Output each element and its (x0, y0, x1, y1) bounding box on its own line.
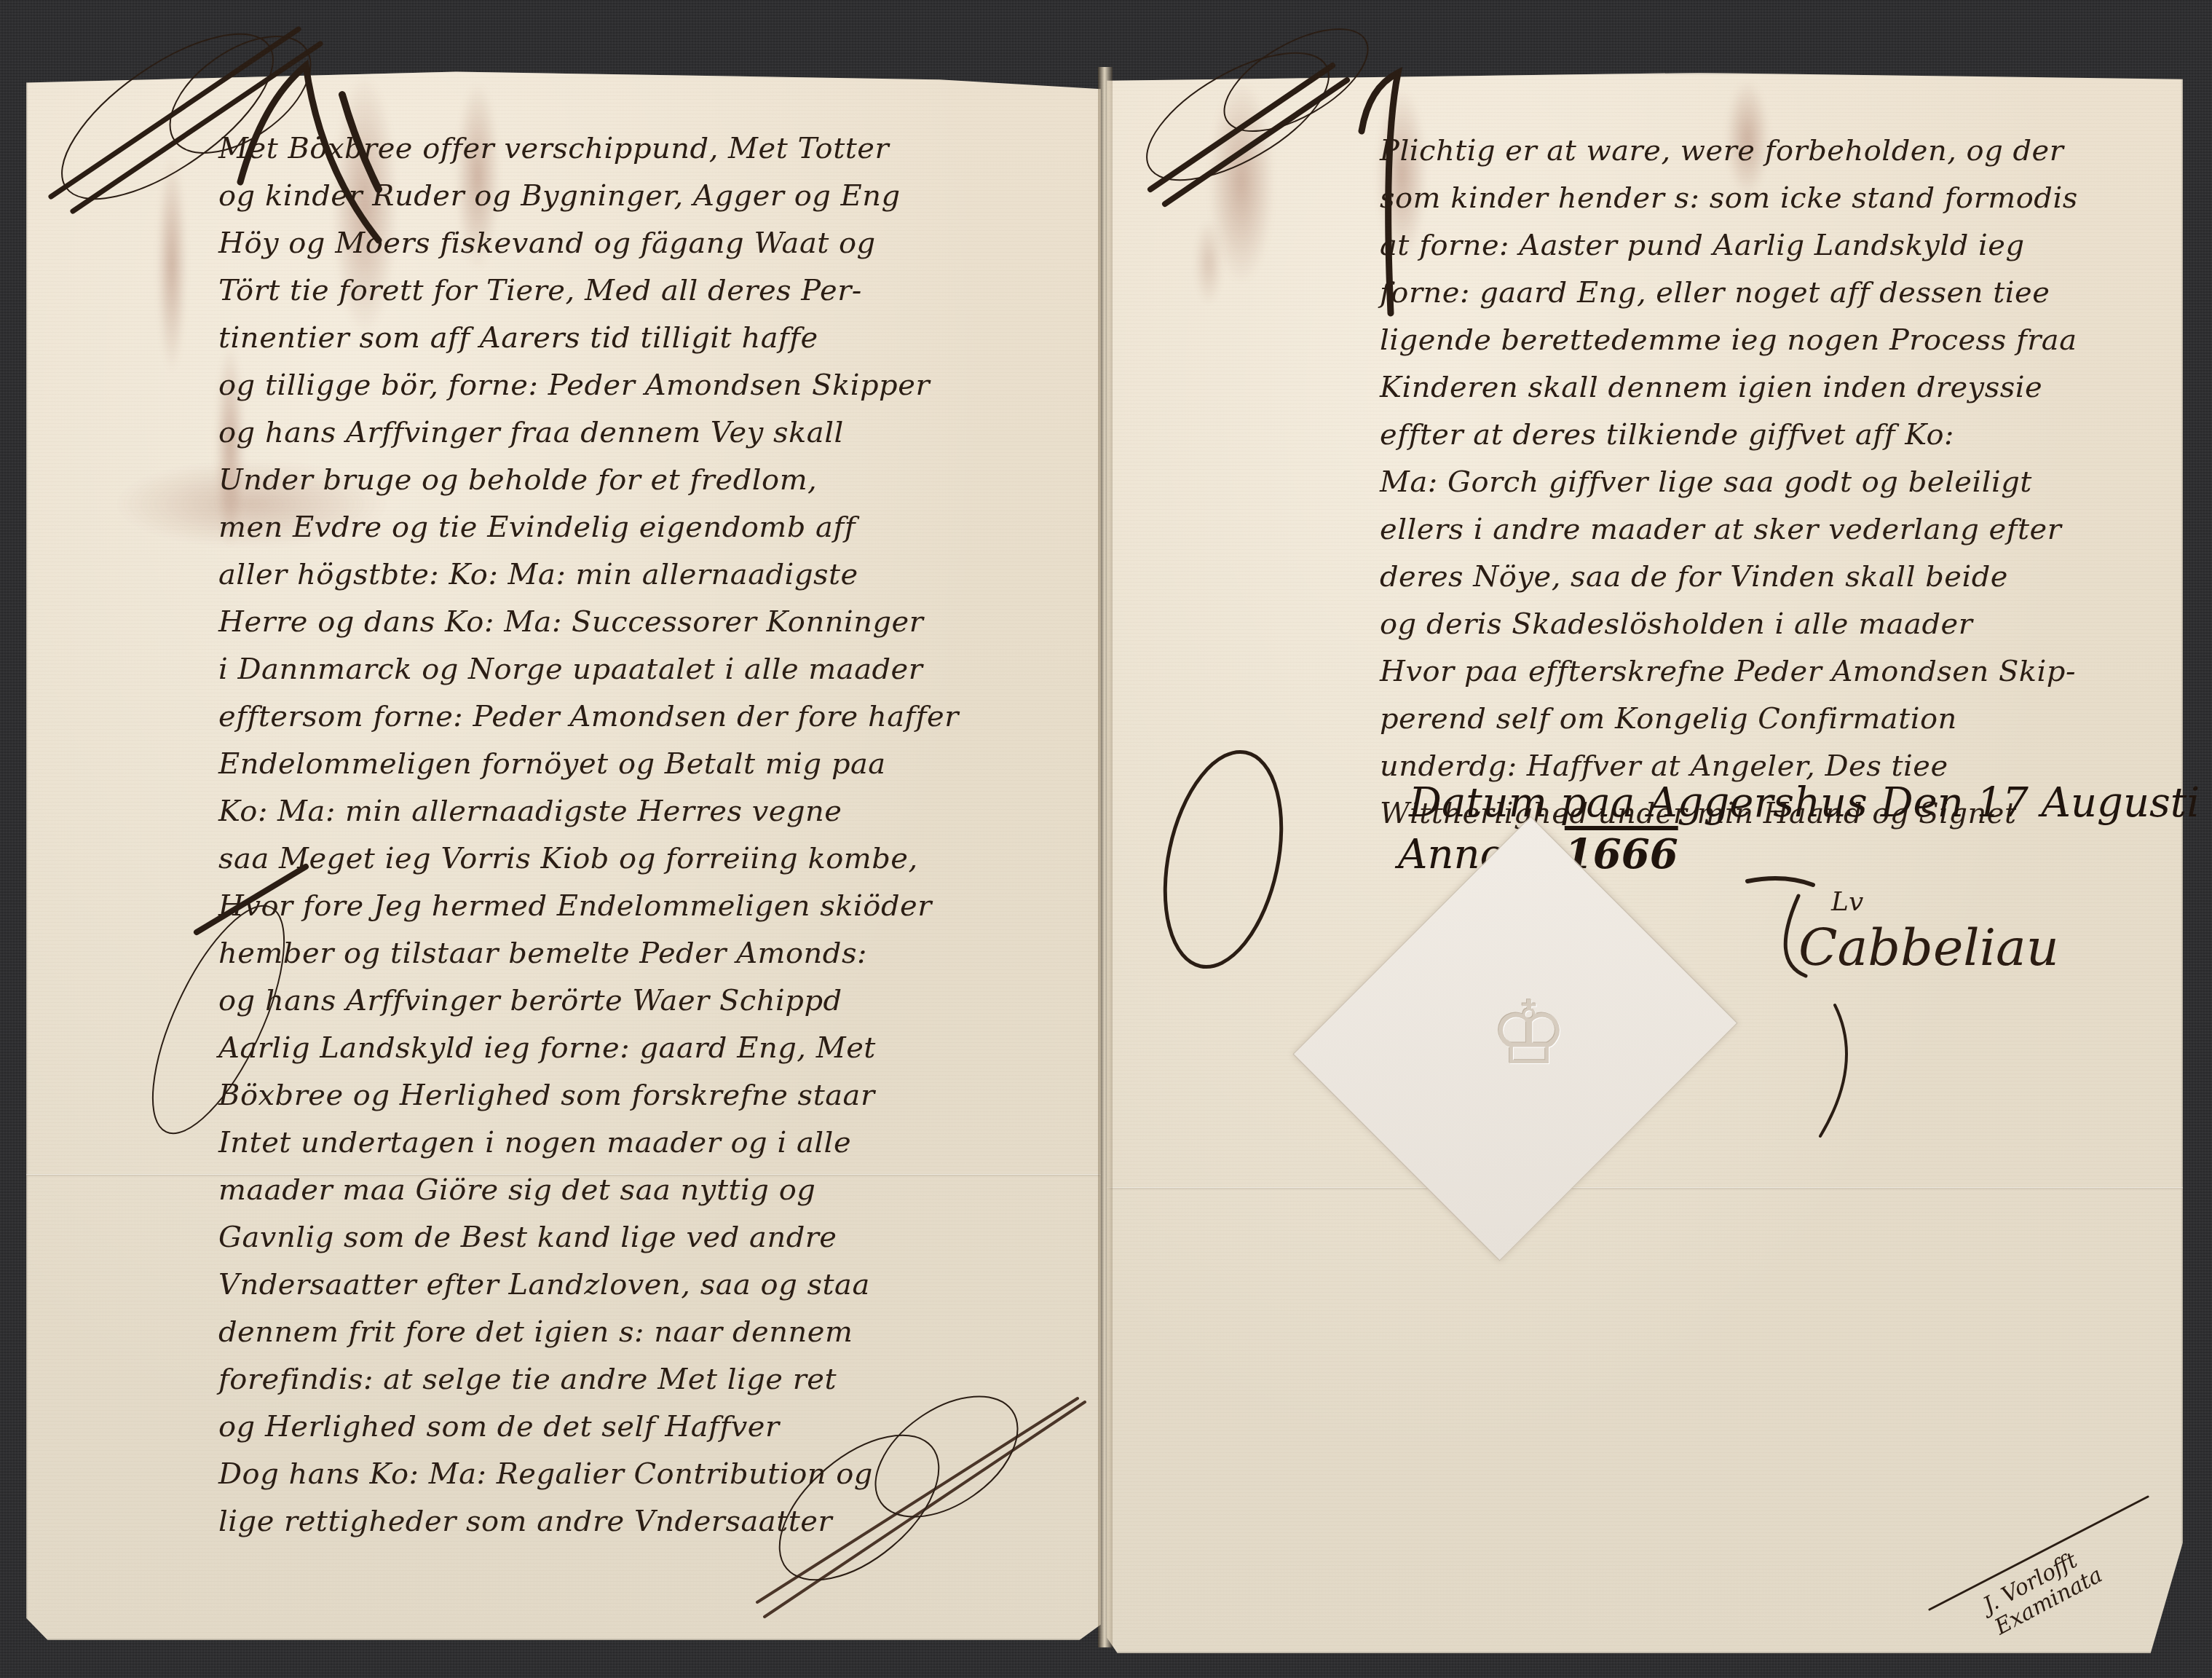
text-line: forne: gaard Eng, eller noget aff dessen… (1380, 269, 2078, 317)
text-line: og Herlighed som de det self Haffver (218, 1403, 959, 1451)
book-gutter (1098, 67, 1113, 1647)
text-line: forefindis: at selge tie andre Met lige … (218, 1356, 959, 1403)
text-line: Hvor paa effterskrefne Peder Amondsen Sk… (1380, 648, 2078, 696)
left-page-text: Met Böxbree offer verschippund, Met Tott… (218, 125, 959, 1545)
text-line: Tört tie forett for Tiere, Med all deres… (218, 267, 959, 315)
text-line: saa Meget ieg Vorris Kiob og forreiing k… (218, 835, 959, 883)
text-line: og hans Arffvinger fraa dennem Vey skall (218, 409, 959, 457)
text-line: lige rettigheder som andre Vndersaatter (218, 1498, 959, 1545)
text-line: og kinder Ruder og Bygninger, Agger og E… (218, 173, 959, 220)
text-line: dennem frit fore det igien s: naar denne… (218, 1309, 959, 1356)
text-line: at forne: Aaster pund Aarlig Landskyld i… (1380, 222, 2078, 269)
signature-initials: Lv (1831, 887, 1863, 917)
text-line: ligende berettedemme ieg nogen Process f… (1380, 317, 2078, 364)
text-line: Böxbree og Herlighed som forskrefne staa… (218, 1072, 959, 1119)
text-line: Vndersaatter efter Landzloven, saa og st… (218, 1261, 959, 1309)
text-line: Kinderen skall dennem igien inden dreyss… (1380, 364, 2078, 411)
text-line: Ma: Gorch giffver lige saa godt og belei… (1380, 459, 2078, 506)
text-line: Intet undertagen i nogen maader og i all… (218, 1119, 959, 1167)
text-line: og tilligge bör, forne: Peder Amondsen S… (218, 362, 959, 409)
text-line: Ko: Ma: min allernaadigste Herres vegne (218, 788, 959, 835)
text-line: Herre og dans Ko: Ma: Successorer Konnin… (218, 599, 959, 646)
text-line: og hans Arffvinger berörte Waer Schippd (218, 977, 959, 1025)
text-line: aller högstbte: Ko: Ma: min allernaadigs… (218, 551, 959, 599)
text-line: hember og tilstaar bemelte Peder Amonds: (218, 930, 959, 977)
text-line: deres Nöye, saa de for Vinden skall beid… (1380, 554, 2078, 601)
text-line: og deris Skadeslösholden i alle maader (1380, 601, 2078, 648)
text-line: i Dannmarck og Norge upaatalet i alle ma… (218, 646, 959, 693)
text-line: Gavnlig som de Best kand lige ved andre (218, 1214, 959, 1261)
text-line: Plichtig er at ware, were forbeholden, o… (1380, 127, 2078, 175)
text-line: effter at deres tilkiende giffvet aff Ko… (1380, 411, 2078, 459)
signature: Cabbeliau (1798, 918, 2059, 977)
text-line: Under bruge og beholde for et fredlom, (218, 457, 959, 504)
text-line: Höy og Moers fiskevand og fägang Waat og (218, 220, 959, 267)
right-page-text: Plichtig er at ware, were forbeholden, o… (1380, 127, 2078, 838)
text-line: men Evdre og tie Evindelig eigendomb aff (218, 504, 959, 551)
text-line: maader maa Giöre sig det saa nyttig og (218, 1167, 959, 1214)
text-line: Endelommeligen fornöyet og Betalt mig pa… (218, 741, 959, 788)
coat-of-arms-icon: ♔ (1471, 914, 1587, 1154)
text-line: Hvor fore Jeg hermed Endelommeligen skiö… (218, 883, 959, 930)
text-line: Dog hans Ko: Ma: Regalier Contribution o… (218, 1451, 959, 1498)
text-line: ellers i andre maader at sker vederlang … (1380, 506, 2078, 554)
text-line: tinentier som aff Aarers tid tilligit ha… (218, 315, 959, 362)
text-line: Aarlig Landskyld ieg forne: gaard Eng, M… (218, 1025, 959, 1072)
text-line: efftersom forne: Peder Amondsen der fore… (218, 693, 959, 741)
text-line: perend self om Kongelig Confirmation (1380, 696, 2078, 743)
text-line: som kinder hender s: som icke stand form… (1380, 175, 2078, 222)
text-line: Met Böxbree offer verschippund, Met Tott… (218, 125, 959, 173)
